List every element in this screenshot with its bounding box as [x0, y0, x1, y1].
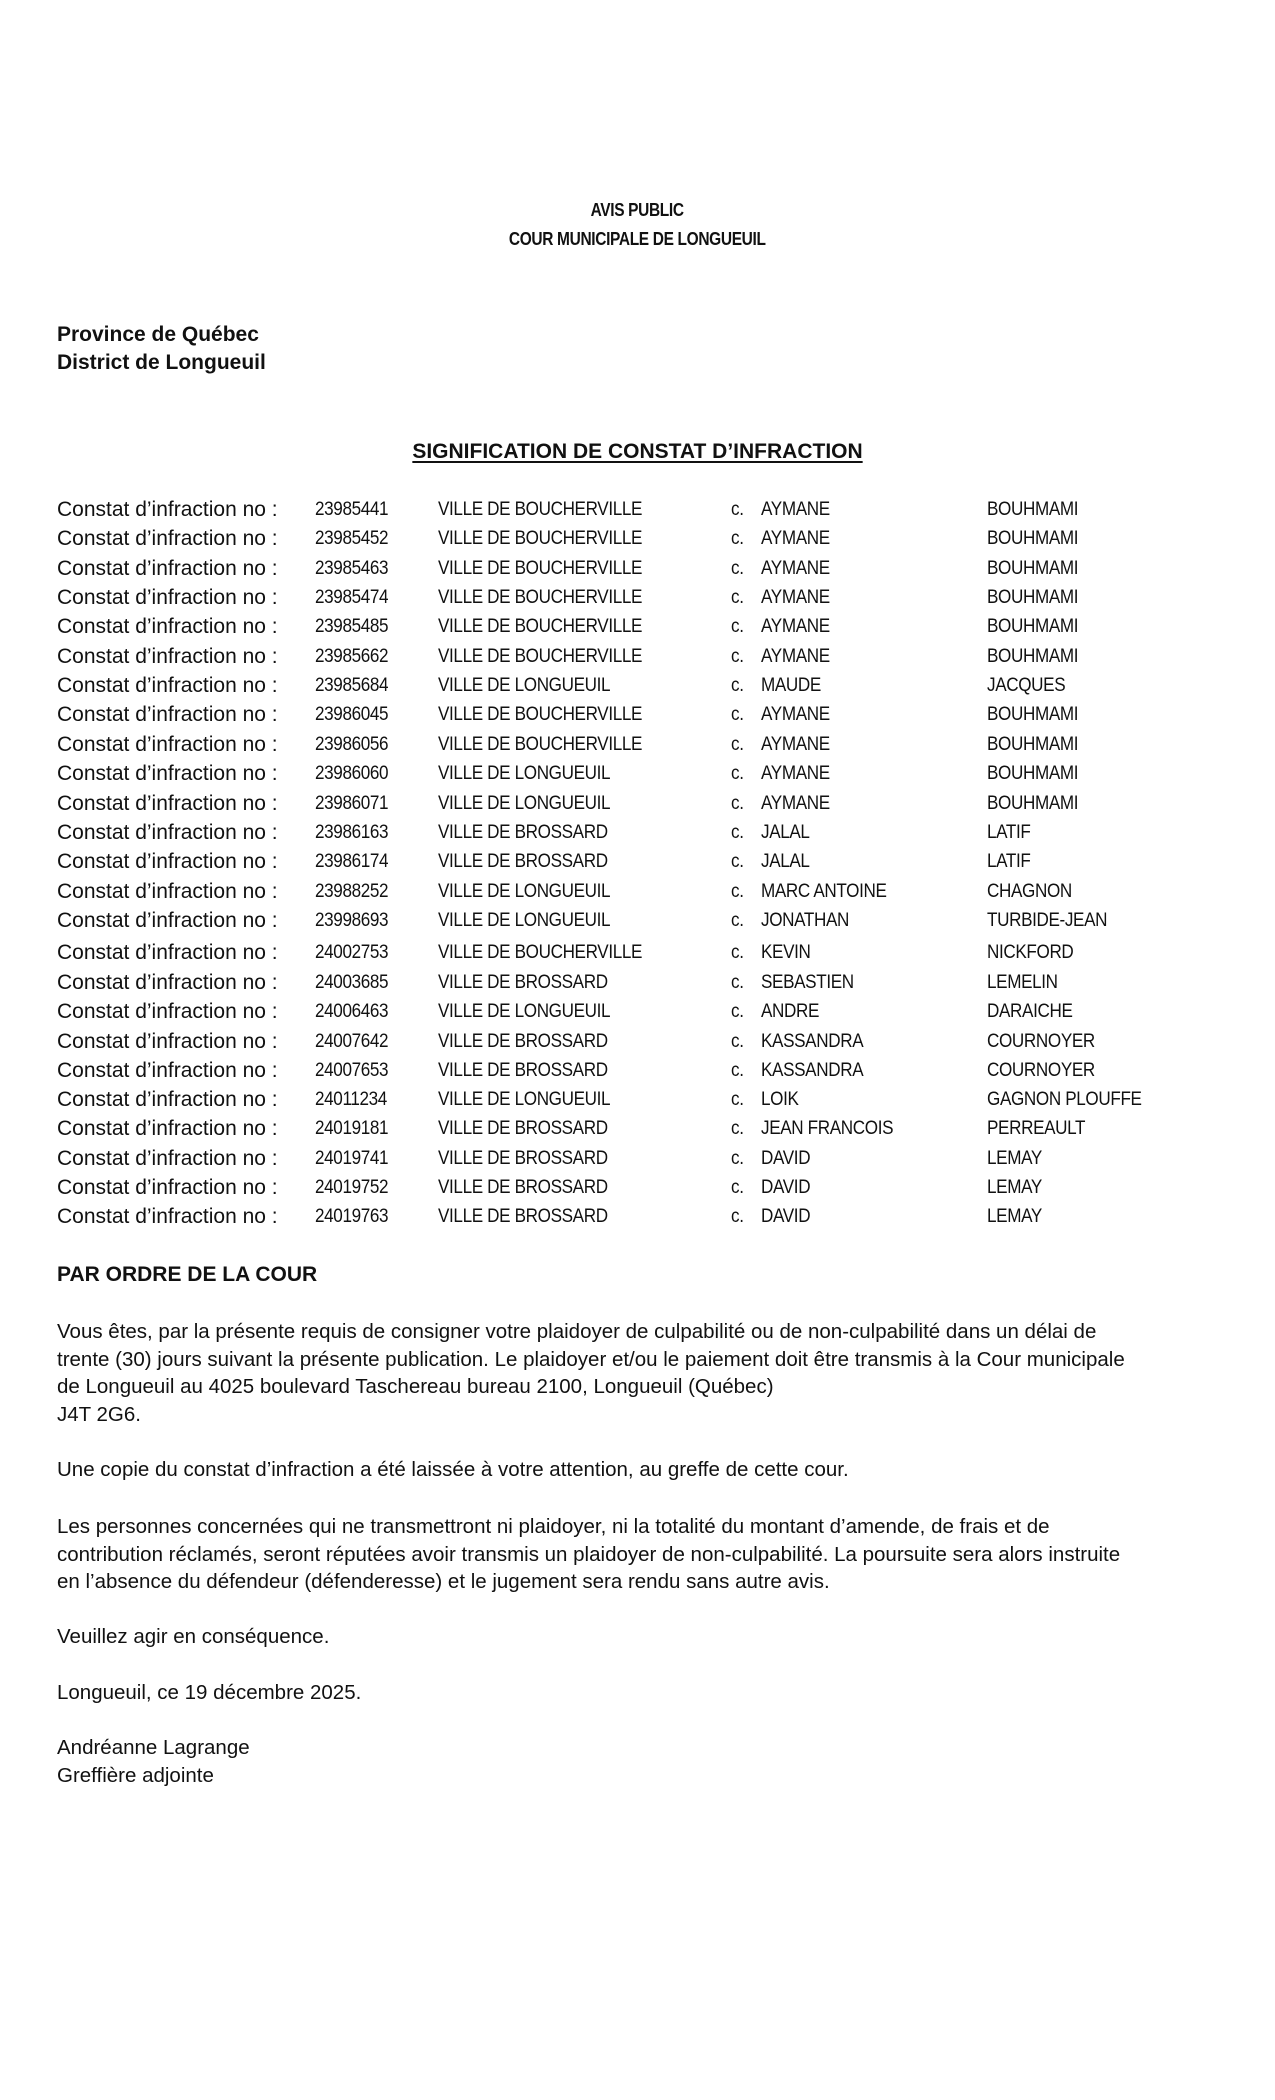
prosecutor-city: VILLE DE BOUCHERVILLE: [438, 613, 665, 641]
prosecutor-city: VILLE DE BOUCHERVILLE: [438, 496, 665, 524]
default-line: contribution réclamés, seront réputées a…: [57, 1541, 1237, 1569]
versus-marker: c.: [731, 819, 745, 847]
infraction-row: Constat d’infraction no :23985463VILLE D…: [0, 555, 1275, 583]
defendant-first-name: AYMANE: [761, 790, 837, 818]
versus-marker: c.: [731, 969, 745, 997]
defendant-last-name: GAGNON PLOUFFE: [987, 1086, 1159, 1114]
infraction-row: Constat d’infraction no :24006463VILLE D…: [0, 998, 1275, 1026]
versus-marker: c.: [731, 907, 745, 935]
versus-marker: c.: [731, 1057, 745, 1085]
defendant-first-name: DAVID: [761, 1174, 816, 1202]
prosecutor-city: VILLE DE BROSSARD: [438, 1203, 627, 1231]
defendant-last-name: BOUHMAMI: [987, 555, 1088, 583]
defendant-last-name: TURBIDE-JEAN: [987, 907, 1121, 935]
prosecutor-city: VILLE DE LONGUEUIL: [438, 878, 629, 906]
defendant-first-name: KASSANDRA: [761, 1028, 875, 1056]
defendant-first-name: SEBASTIEN: [761, 969, 864, 997]
infraction-row: Constat d’infraction no :23985441VILLE D…: [0, 496, 1275, 524]
infraction-label: Constat d’infraction no :: [57, 878, 278, 906]
infraction-label: Constat d’infraction no :: [57, 1086, 278, 1114]
defendant-first-name: LOIK: [761, 1086, 803, 1114]
defendant-first-name: AYMANE: [761, 555, 837, 583]
place-date: Longueuil, ce 19 décembre 2025.: [57, 1679, 1237, 1707]
infraction-row: Constat d’infraction no :23986045VILLE D…: [0, 701, 1275, 729]
prosecutor-city: VILLE DE BROSSARD: [438, 848, 627, 876]
infraction-row: Constat d’infraction no :23985485VILLE D…: [0, 613, 1275, 641]
prosecutor-city: VILLE DE BOUCHERVILLE: [438, 731, 665, 759]
infraction-row: Constat d’infraction no :23986060VILLE D…: [0, 760, 1275, 788]
prosecutor-city: VILLE DE BROSSARD: [438, 1145, 627, 1173]
infraction-label: Constat d’infraction no :: [57, 1145, 278, 1173]
infraction-row: Constat d’infraction no :23986174VILLE D…: [0, 848, 1275, 876]
infraction-number: 24011234: [315, 1086, 395, 1114]
defendant-last-name: LEMAY: [987, 1145, 1048, 1173]
infraction-row: Constat d’infraction no :24019181VILLE D…: [0, 1115, 1275, 1143]
infraction-row: Constat d’infraction no :24011234VILLE D…: [0, 1086, 1275, 1114]
infraction-label: Constat d’infraction no :: [57, 998, 278, 1026]
infraction-row: Constat d’infraction no :23986056VILLE D…: [0, 731, 1275, 759]
infraction-label: Constat d’infraction no :: [57, 939, 278, 967]
defendant-last-name: DARAICHE: [987, 998, 1082, 1026]
infraction-number: 23985474: [315, 584, 396, 612]
prosecutor-city: VILLE DE LONGUEUIL: [438, 907, 629, 935]
defendant-first-name: KEVIN: [761, 939, 816, 967]
infraction-label: Constat d’infraction no :: [57, 969, 278, 997]
defendant-last-name: COURNOYER: [987, 1057, 1107, 1085]
infraction-label: Constat d’infraction no :: [57, 555, 278, 583]
versus-marker: c.: [731, 525, 745, 553]
versus-marker: c.: [731, 1203, 745, 1231]
plea-line: J4T 2G6.: [57, 1401, 1237, 1429]
defendant-first-name: JEAN FRANCOIS: [761, 1115, 908, 1143]
prosecutor-city: VILLE DE LONGUEUIL: [438, 790, 629, 818]
versus-marker: c.: [731, 878, 745, 906]
defendant-last-name: BOUHMAMI: [987, 731, 1088, 759]
infraction-row: Constat d’infraction no :24019752VILLE D…: [0, 1174, 1275, 1202]
infraction-label: Constat d’infraction no :: [57, 1115, 278, 1143]
infraction-number: 23986174: [315, 848, 396, 876]
versus-marker: c.: [731, 998, 745, 1026]
infraction-row: Constat d’infraction no :23985662VILLE D…: [0, 643, 1275, 671]
infraction-number: 24019763: [315, 1203, 396, 1231]
defendant-last-name: BOUHMAMI: [987, 613, 1088, 641]
versus-marker: c.: [731, 701, 745, 729]
infraction-label: Constat d’infraction no :: [57, 1203, 278, 1231]
versus-marker: c.: [731, 672, 745, 700]
infraction-label: Constat d’infraction no :: [57, 1057, 278, 1085]
infraction-label: Constat d’infraction no :: [57, 584, 278, 612]
defendant-last-name: LATIF: [987, 819, 1035, 847]
infraction-label: Constat d’infraction no :: [57, 1174, 278, 1202]
defendant-first-name: AYMANE: [761, 584, 837, 612]
defendant-first-name: ANDRE: [761, 998, 826, 1026]
infraction-row: Constat d’infraction no :24019763VILLE D…: [0, 1203, 1275, 1231]
infraction-row: Constat d’infraction no :23988252VILLE D…: [0, 878, 1275, 906]
infraction-number: 24019181: [315, 1115, 396, 1143]
infraction-label: Constat d’infraction no :: [57, 731, 278, 759]
infraction-row: Constat d’infraction no :23998693VILLE D…: [0, 907, 1275, 935]
versus-marker: c.: [731, 731, 745, 759]
infraction-number: 23985684: [315, 672, 396, 700]
plea-line: trente (30) jours suivant la présente pu…: [57, 1346, 1237, 1374]
place-date-line: Longueuil, ce 19 décembre 2025.: [57, 1679, 1237, 1707]
versus-marker: c.: [731, 643, 745, 671]
infraction-number: 23985662: [315, 643, 396, 671]
versus-marker: c.: [731, 1115, 745, 1143]
prosecutor-city: VILLE DE BOUCHERVILLE: [438, 643, 665, 671]
infraction-number: 23986045: [315, 701, 396, 729]
defendant-first-name: AYMANE: [761, 613, 837, 641]
section-title: SIGNIFICATION DE CONSTAT D’INFRACTION: [0, 441, 1275, 462]
versus-marker: c.: [731, 760, 745, 788]
prosecutor-city: VILLE DE BROSSARD: [438, 1028, 627, 1056]
versus-marker: c.: [731, 496, 745, 524]
infraction-row: Constat d’infraction no :24007653VILLE D…: [0, 1057, 1275, 1085]
infraction-number: 23986071: [315, 790, 396, 818]
default-paragraph: Les personnes concernées qui ne transmet…: [57, 1513, 1237, 1596]
defendant-last-name: BOUHMAMI: [987, 496, 1088, 524]
infraction-row: Constat d’infraction no :23985474VILLE D…: [0, 584, 1275, 612]
prosecutor-city: VILLE DE LONGUEUIL: [438, 998, 629, 1026]
infraction-row: Constat d’infraction no :23986163VILLE D…: [0, 819, 1275, 847]
infraction-row: Constat d’infraction no :24007642VILLE D…: [0, 1028, 1275, 1056]
signatory-name: Andréanne Lagrange: [57, 1734, 1237, 1762]
infraction-number: 23985452: [315, 525, 396, 553]
versus-marker: c.: [731, 1086, 745, 1114]
infraction-label: Constat d’infraction no :: [57, 1028, 278, 1056]
infraction-number: 23985441: [315, 496, 396, 524]
prosecutor-city: VILLE DE BROSSARD: [438, 819, 627, 847]
defendant-first-name: AYMANE: [761, 701, 837, 729]
defendant-first-name: AYMANE: [761, 731, 837, 759]
prosecutor-city: VILLE DE LONGUEUIL: [438, 672, 629, 700]
versus-marker: c.: [731, 1028, 745, 1056]
signatory-title: Greffière adjointe: [57, 1762, 1237, 1790]
order-heading: PAR ORDRE DE LA COUR: [57, 1264, 317, 1285]
plea-paragraph: Vous êtes, par la présente requis de con…: [57, 1318, 1237, 1428]
defendant-first-name: MARC ANTOINE: [761, 878, 900, 906]
signature-block: Andréanne Lagrange Greffière adjointe: [57, 1734, 1237, 1789]
prosecutor-city: VILLE DE BOUCHERVILLE: [438, 584, 665, 612]
defendant-first-name: JONATHAN: [761, 907, 859, 935]
court-name: COUR MUNICIPALE DE LONGUEUIL: [0, 230, 1275, 248]
defendant-last-name: BOUHMAMI: [987, 760, 1088, 788]
infraction-number: 24019752: [315, 1174, 396, 1202]
defendant-last-name: LEMAY: [987, 1174, 1048, 1202]
copy-line: Une copie du constat d’infraction a été …: [57, 1456, 1237, 1484]
prosecutor-city: VILLE DE BROSSARD: [438, 1174, 627, 1202]
infraction-label: Constat d’infraction no :: [57, 790, 278, 818]
infraction-number: 24019741: [315, 1145, 396, 1173]
infraction-label: Constat d’infraction no :: [57, 613, 278, 641]
defendant-first-name: DAVID: [761, 1203, 816, 1231]
default-line: en l’absence du défendeur (défenderesse)…: [57, 1568, 1237, 1596]
defendant-first-name: DAVID: [761, 1145, 816, 1173]
infraction-row: Constat d’infraction no :23985684VILLE D…: [0, 672, 1275, 700]
infraction-label: Constat d’infraction no :: [57, 496, 278, 524]
versus-marker: c.: [731, 790, 745, 818]
defendant-last-name: LATIF: [987, 848, 1035, 876]
infraction-number: 24006463: [315, 998, 396, 1026]
defendant-last-name: JACQUES: [987, 672, 1074, 700]
prosecutor-city: VILLE DE BOUCHERVILLE: [438, 525, 665, 553]
defendant-last-name: BOUHMAMI: [987, 701, 1088, 729]
infraction-row: Constat d’infraction no :24002753VILLE D…: [0, 939, 1275, 967]
prosecutor-city: VILLE DE BOUCHERVILLE: [438, 939, 665, 967]
defendant-last-name: NICKFORD: [987, 939, 1083, 967]
versus-marker: c.: [731, 613, 745, 641]
infraction-row: Constat d’infraction no :23986071VILLE D…: [0, 790, 1275, 818]
versus-marker: c.: [731, 848, 745, 876]
infraction-row: Constat d’infraction no :24003685VILLE D…: [0, 969, 1275, 997]
infraction-number: 23986056: [315, 731, 396, 759]
plea-line: Vous êtes, par la présente requis de con…: [57, 1318, 1237, 1346]
defendant-first-name: AYMANE: [761, 760, 837, 788]
infraction-number: 23988252: [315, 878, 396, 906]
copy-paragraph: Une copie du constat d’infraction a été …: [57, 1456, 1237, 1484]
defendant-first-name: AYMANE: [761, 496, 837, 524]
infraction-label: Constat d’infraction no :: [57, 819, 278, 847]
prosecutor-city: VILLE DE BOUCHERVILLE: [438, 555, 665, 583]
prosecutor-city: VILLE DE LONGUEUIL: [438, 1086, 629, 1114]
prosecutor-city: VILLE DE LONGUEUIL: [438, 760, 629, 788]
infraction-label: Constat d’infraction no :: [57, 907, 278, 935]
infraction-label: Constat d’infraction no :: [57, 701, 278, 729]
infraction-number: 24007653: [315, 1057, 396, 1085]
infraction-label: Constat d’infraction no :: [57, 848, 278, 876]
versus-marker: c.: [731, 584, 745, 612]
default-line: Les personnes concernées qui ne transmet…: [57, 1513, 1237, 1541]
act-accordingly-line: Veuillez agir en conséquence.: [57, 1623, 1237, 1651]
infraction-label: Constat d’infraction no :: [57, 525, 278, 553]
infraction-row: Constat d’infraction no :23985452VILLE D…: [0, 525, 1275, 553]
defendant-last-name: COURNOYER: [987, 1028, 1107, 1056]
infraction-row: Constat d’infraction no :24019741VILLE D…: [0, 1145, 1275, 1173]
defendant-first-name: MAUDE: [761, 672, 828, 700]
infraction-number: 23998693: [315, 907, 396, 935]
versus-marker: c.: [731, 555, 745, 583]
defendant-last-name: CHAGNON: [987, 878, 1081, 906]
prosecutor-city: VILLE DE BROSSARD: [438, 969, 627, 997]
prosecutor-city: VILLE DE BROSSARD: [438, 1057, 627, 1085]
infraction-number: 24003685: [315, 969, 396, 997]
notice-title: AVIS PUBLIC: [0, 201, 1275, 219]
versus-marker: c.: [731, 1145, 745, 1173]
defendant-first-name: JALAL: [761, 848, 815, 876]
defendant-last-name: PERREAULT: [987, 1115, 1096, 1143]
province-label: Province de Québec: [57, 324, 259, 345]
infraction-number: 23986163: [315, 819, 396, 847]
defendant-last-name: BOUHMAMI: [987, 643, 1088, 671]
defendant-last-name: BOUHMAMI: [987, 584, 1088, 612]
defendant-last-name: LEMAY: [987, 1203, 1048, 1231]
infraction-label: Constat d’infraction no :: [57, 760, 278, 788]
infraction-number: 24002753: [315, 939, 396, 967]
versus-marker: c.: [731, 1174, 745, 1202]
infraction-label: Constat d’infraction no :: [57, 643, 278, 671]
infraction-number: 23985463: [315, 555, 396, 583]
infraction-label: Constat d’infraction no :: [57, 672, 278, 700]
versus-marker: c.: [731, 939, 745, 967]
defendant-first-name: JALAL: [761, 819, 815, 847]
defendant-last-name: LEMELIN: [987, 969, 1066, 997]
act-accordingly-paragraph: Veuillez agir en conséquence.: [57, 1623, 1237, 1651]
defendant-first-name: KASSANDRA: [761, 1057, 875, 1085]
infraction-number: 24007642: [315, 1028, 396, 1056]
prosecutor-city: VILLE DE BOUCHERVILLE: [438, 701, 665, 729]
defendant-last-name: BOUHMAMI: [987, 525, 1088, 553]
defendant-last-name: BOUHMAMI: [987, 790, 1088, 818]
infraction-number: 23986060: [315, 760, 396, 788]
defendant-first-name: AYMANE: [761, 643, 837, 671]
infraction-number: 23985485: [315, 613, 396, 641]
defendant-first-name: AYMANE: [761, 525, 837, 553]
plea-line: de Longueuil au 4025 boulevard Tascherea…: [57, 1373, 1237, 1401]
district-label: District de Longueuil: [57, 352, 266, 373]
prosecutor-city: VILLE DE BROSSARD: [438, 1115, 627, 1143]
